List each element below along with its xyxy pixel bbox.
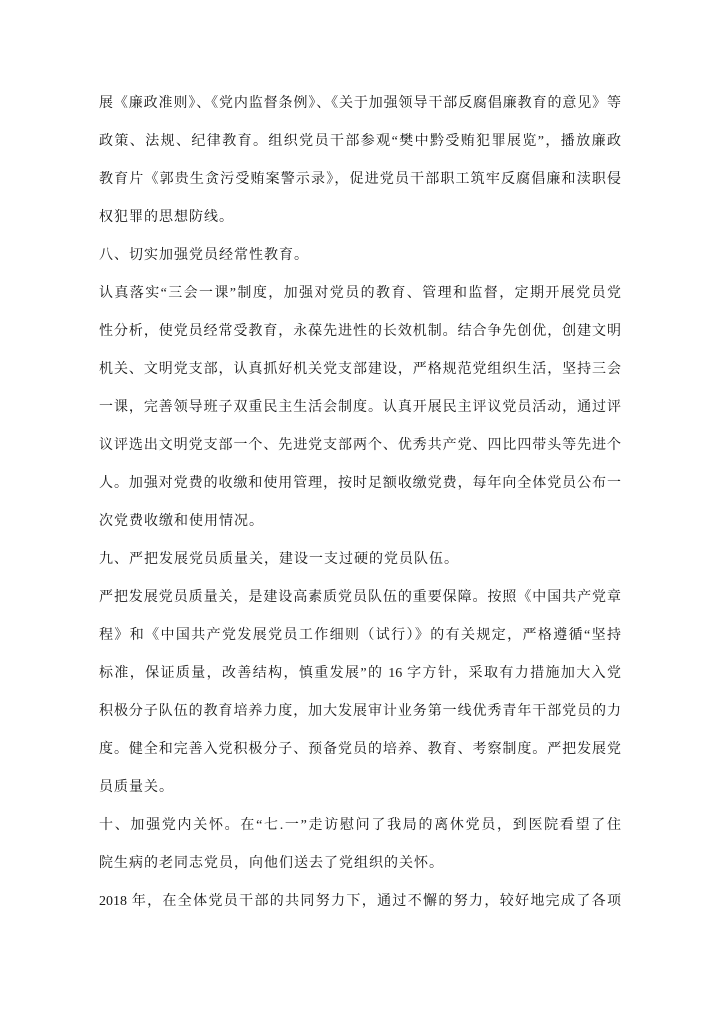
paragraph-heading-eight: 八、切实加强党员经常性教育。: [99, 237, 621, 275]
text-line: 程》和《中国共产党发展党员工作细则（试行）》的有关规定，严格遵循“坚持: [99, 617, 621, 655]
text-line: 机关、文明党支部，认真抓好机关党支部建设，严格规范党组织生活，坚持三会: [99, 351, 621, 389]
text-line: 议评选出文明党支部一个、先进党支部两个、优秀共产党、四比四带头等先进个: [99, 427, 621, 465]
text-line: 院生病的老同志党员，向他们送去了党组织的关怀。: [99, 845, 621, 883]
text-line: 展《廉政准则》、《党内监督条例》、《关于加强领导干部反腐倡廉教育的意见》等: [99, 85, 621, 123]
text-line: 标准，保证质量，改善结构，慎重发展”的 16 字方针，采取有力措施加大入党: [99, 655, 621, 693]
text-line: 严把发展党员质量关，是建设高素质党员队伍的重要保障。按照《中国共产党章: [99, 579, 621, 617]
text-line: 认真落实“三会一课”制度，加强对党员的教育、管理和监督，定期开展党员党: [99, 275, 621, 313]
text-line: 十、加强党内关怀。在“七.一”走访慰问了我局的离休党员，到医院看望了住: [99, 807, 621, 845]
text-line: 人。加强对党费的收缴和使用管理，按时足额收缴党费，每年向全体党员公布一: [99, 465, 621, 503]
text-line: 性分析，使党员经常受教育，永葆先进性的长效机制。结合争先创优，创建文明: [99, 313, 621, 351]
paragraph-heading-nine: 九、严把发展党员质量关，建设一支过硬的党员队伍。: [99, 541, 621, 579]
text-line: 度。健全和完善入党积极分子、预备党员的培养、教育、考察制度。严把发展党: [99, 731, 621, 769]
document-page: 展《廉政准则》、《党内监督条例》、《关于加强领导干部反腐倡廉教育的意见》等 政策…: [0, 0, 721, 1020]
text-line: 一课，完善领导班子双重民主生活会制度。认真开展民主评议党员活动，通过评: [99, 389, 621, 427]
text-line: 教育片《郭贵生贪污受贿案警示录》，促进党员干部职工筑牢反腐倡廉和渎职侵: [99, 161, 621, 199]
text-line: 九、严把发展党员质量关，建设一支过硬的党员队伍。: [99, 541, 621, 579]
paragraph-anticorruption-education: 展《廉政准则》、《党内监督条例》、《关于加强领导干部反腐倡廉教育的意见》等 政策…: [99, 85, 621, 237]
text-line: 政策、法规、纪律教育。组织党员干部参观“樊中黔受贿犯罪展览”，播放廉政: [99, 123, 621, 161]
paragraph-heading-ten-party-care: 十、加强党内关怀。在“七.一”走访慰问了我局的离休党员，到医院看望了住 院生病的…: [99, 807, 621, 883]
text-line: 权犯罪的思想防线。: [99, 199, 621, 237]
paragraph-regular-member-education: 认真落实“三会一课”制度，加强对党员的教育、管理和监督，定期开展党员党 性分析，…: [99, 275, 621, 541]
document-text-block: 展《廉政准则》、《党内监督条例》、《关于加强领导干部反腐倡廉教育的意见》等 政策…: [99, 85, 621, 921]
text-line: 积极分子队伍的教育培养力度，加大发展审计业务第一线优秀青年干部党员的力: [99, 693, 621, 731]
text-line: 八、切实加强党员经常性教育。: [99, 237, 621, 275]
text-line: 2018 年，在全体党员干部的共同努力下，通过不懈的努力，较好地完成了各项: [99, 883, 621, 921]
paragraph-2018-summary: 2018 年，在全体党员干部的共同努力下，通过不懈的努力，较好地完成了各项: [99, 883, 621, 921]
paragraph-member-development-quality: 严把发展党员质量关，是建设高素质党员队伍的重要保障。按照《中国共产党章 程》和《…: [99, 579, 621, 807]
text-line: 员质量关。: [99, 769, 621, 807]
text-line: 次党费收缴和使用情况。: [99, 503, 621, 541]
